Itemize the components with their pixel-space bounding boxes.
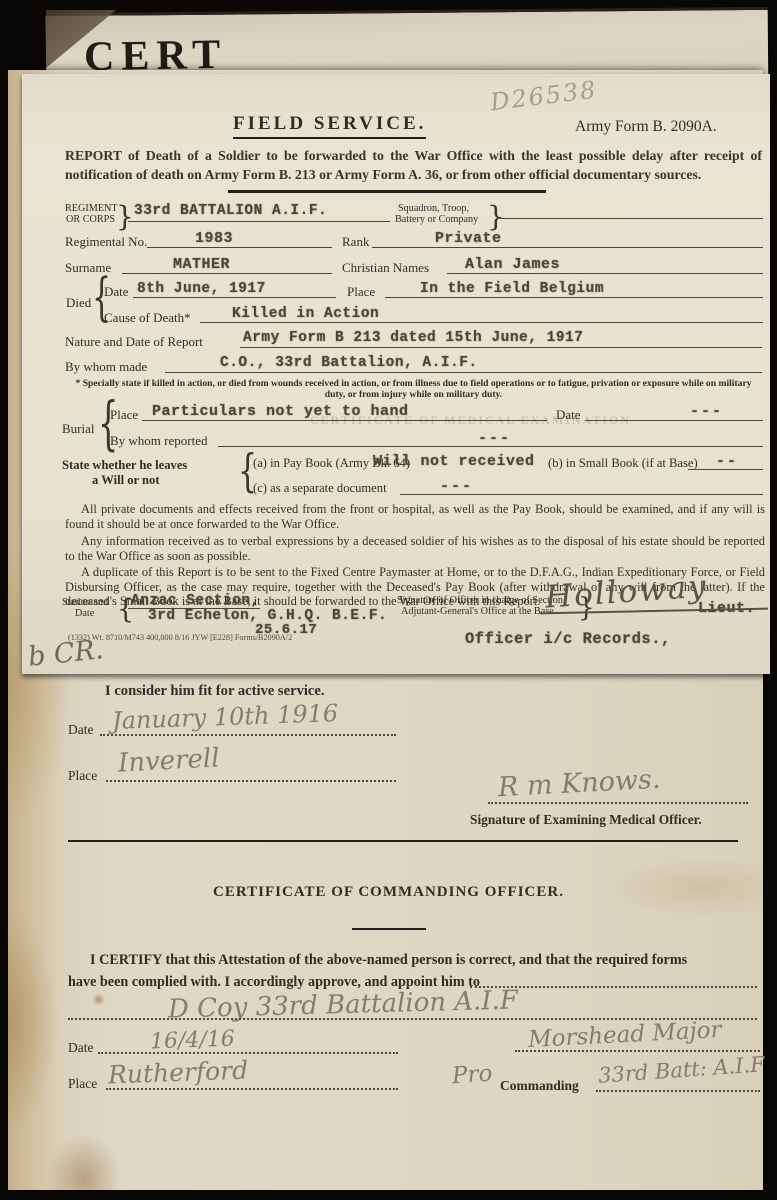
scanned-document-page: CERT D26538 FIELD SERVICE. Army Form B. …	[0, 0, 777, 1200]
will-c-value: ---	[440, 478, 473, 495]
cause-of-death-label: Cause of Death*	[104, 310, 191, 326]
medical-place-value: Inverell	[117, 743, 220, 778]
form-title: FIELD SERVICE.	[233, 113, 426, 139]
station-label-line1: Station and	[62, 597, 108, 609]
field-line	[122, 273, 332, 274]
field-line	[385, 297, 763, 298]
died-label: Died	[66, 295, 91, 311]
records-title-value: Officer i/c Records.,	[465, 630, 671, 648]
cause-of-death-value: Killed in Action	[232, 306, 379, 322]
field-line	[447, 273, 763, 274]
regiment-brace: }	[116, 200, 134, 233]
section-divider-rule	[68, 840, 738, 842]
squadron-brace: }	[487, 200, 505, 233]
regimental-no-label: Regimental No.	[65, 234, 147, 250]
report-nature-label: Nature and Date of Report	[65, 334, 203, 350]
regiment-label-line2: OR CORPS	[66, 214, 115, 226]
will-a-value: Will not received	[373, 453, 535, 470]
burial-date-value: ---	[690, 403, 723, 420]
regimental-no-value: 1983	[195, 230, 233, 247]
squadron-label-line2: Battery or Company	[395, 214, 478, 226]
rank-value: Private	[435, 230, 502, 247]
field-line	[372, 247, 763, 248]
field-line	[142, 420, 547, 421]
burial-date-label: Date	[556, 407, 581, 423]
co-place-value: Rutherford	[108, 1056, 249, 1090]
report-nature-value: Army Form B 213 dated 15th June, 1917	[243, 330, 583, 346]
form-number: Army Form B. 2090A.	[575, 118, 717, 136]
co-date-value: 16/4/16	[150, 1027, 236, 1055]
dotted-line	[515, 1050, 760, 1052]
will-b-value: --	[716, 453, 738, 470]
sig-officer-label-line1: Signature of Officer in charge of Sectio…	[397, 595, 563, 606]
co-date-label: Date	[68, 1040, 93, 1056]
medical-date-label: Date	[68, 722, 93, 738]
burial-reported-value: ---	[478, 430, 511, 447]
field-line	[200, 322, 763, 323]
station-label-line2: Date	[75, 608, 94, 620]
regiment-label-line1: REGIMENT	[65, 203, 118, 215]
dotted-line	[106, 780, 396, 782]
form-intro-paragraph: REPORT of Death of a Soldier to be forwa…	[65, 146, 762, 184]
rank-label: Rank	[342, 234, 369, 250]
co-place-label: Place	[68, 1076, 97, 1092]
field-line	[688, 469, 763, 470]
died-date-label: Date	[104, 284, 129, 300]
medical-place-label: Place	[68, 768, 97, 784]
burial-reported-label: By whom reported	[110, 433, 207, 449]
surname-value: MATHER	[173, 256, 230, 273]
field-line	[147, 247, 332, 248]
certify-line1: I CERTIFY that this Attestation of the a…	[68, 952, 687, 969]
dotted-line	[100, 734, 396, 736]
field-line	[218, 446, 763, 447]
header-rule	[228, 190, 546, 193]
will-intro-line1: State whether he leaves	[62, 458, 187, 473]
regiment-value: 33rd BATTALION A.I.F.	[134, 203, 327, 219]
will-b-label: (b) in Small Book (if at Base)	[548, 456, 698, 471]
squadron-label-line1: Squadron, Troop,	[398, 203, 469, 215]
note-paragraph-1: All private documents and effects receiv…	[65, 502, 765, 531]
burial-label: Burial	[62, 421, 95, 437]
cause-footnote: * Specially state if killed in action, o…	[65, 378, 762, 400]
field-line	[133, 297, 336, 298]
field-line	[500, 218, 763, 219]
christian-names-label: Christian Names	[342, 260, 429, 276]
pro-annotation: Pro	[451, 1061, 493, 1090]
made-by-label: By whom made	[65, 359, 147, 375]
field-line	[165, 372, 762, 373]
medical-signature-caption: Signature of Examining Medical Officer.	[470, 812, 702, 828]
title-rule	[352, 928, 426, 930]
fit-for-service-statement: I consider him fit for active service.	[105, 683, 325, 700]
dotted-line	[488, 802, 748, 804]
died-date-value: 8th June, 1917	[137, 281, 266, 297]
station-value-line1: Anzac Section,	[131, 593, 260, 609]
field-line	[400, 494, 763, 495]
dotted-line	[106, 1088, 398, 1090]
will-intro-line2: a Will or not	[92, 473, 160, 488]
commanding-certificate-title: CERTIFICATE OF COMMANDING OFFICER.	[0, 884, 777, 901]
dotted-line	[98, 1052, 398, 1054]
made-by-value: C.O., 33rd Battalion, A.I.F.	[220, 355, 478, 371]
died-place-label: Place	[347, 284, 375, 300]
burial-place-value: Particulars not yet to hand	[152, 403, 409, 420]
field-line	[585, 420, 763, 421]
will-c-label: (c) as a separate document	[253, 481, 387, 496]
field-line	[128, 221, 390, 222]
christian-names-value: Alan James	[465, 256, 560, 273]
died-place-value: In the Field Belgium	[420, 281, 604, 297]
note-paragraph-2: Any information received as to verbal ex…	[65, 534, 765, 563]
dotted-line	[596, 1090, 760, 1092]
sig-officer-label-line2: Adjutant-General's Office at the Base.	[401, 606, 556, 617]
field-line	[240, 347, 762, 348]
burial-place-label: Place	[110, 407, 138, 423]
commanding-label: Commanding	[500, 1078, 579, 1094]
